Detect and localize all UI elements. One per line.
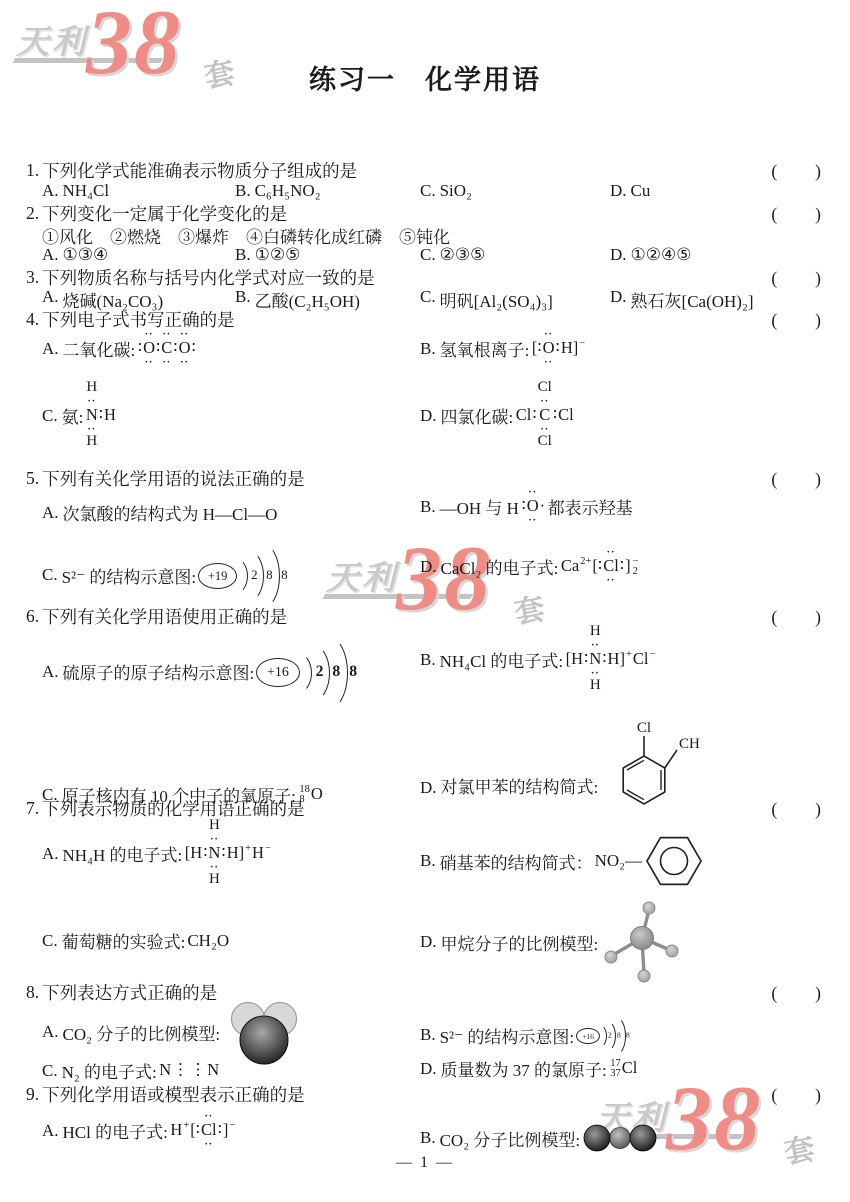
electron-formula: [∶··O··∶H]− bbox=[531, 330, 585, 367]
option-label: A. bbox=[42, 844, 59, 864]
shell-electron-count: 8 bbox=[349, 663, 357, 681]
question-number: 2. bbox=[26, 203, 39, 224]
option-label: B. bbox=[420, 1025, 436, 1045]
q4-option-b: B. 氢氧根离子: [∶··O··∶H]− bbox=[420, 330, 586, 367]
question-number: 1. bbox=[26, 160, 39, 181]
q5-option-a: A. 次氯酸的结构式为 H—Cl—O bbox=[42, 500, 277, 525]
lewis-token: Cl··C··Cl bbox=[538, 380, 552, 451]
lewis-token: ⋮ bbox=[190, 1061, 207, 1080]
option-text: —OH 与 H bbox=[440, 494, 519, 519]
option-text: CO₂ 分子比例模型: bbox=[440, 1126, 581, 1151]
option-label: A. bbox=[42, 1121, 59, 1141]
option-text: 硫原子的原子结构示意图: bbox=[63, 659, 255, 684]
watermark-underline bbox=[323, 594, 473, 599]
q7-option-d: D. 甲烷分子的比例模型: bbox=[420, 898, 684, 986]
option-label: D. bbox=[610, 245, 627, 265]
lewis-token: ··Cl·· bbox=[201, 1112, 217, 1149]
question-2-options: A.①③④ B.①②⑤ C.②③⑤ D.①②④⑤ bbox=[26, 245, 822, 265]
lewis-token: N bbox=[159, 1061, 171, 1080]
lewis-token: ∶ bbox=[521, 497, 525, 516]
option-label: C. bbox=[420, 245, 436, 265]
shell-electron-count: 8 bbox=[626, 1031, 630, 1040]
option-text: 对氯甲苯的结构简式: bbox=[441, 773, 599, 798]
q6-option-a: A. 硫原子的原子结构示意图: +16 2 8 8 bbox=[42, 636, 386, 708]
shell-electron-count: 2 bbox=[608, 1031, 612, 1040]
lewis-token: [H bbox=[566, 650, 583, 669]
q2-option-c: C.②③⑤ bbox=[420, 245, 610, 265]
methane-ball-stick-model bbox=[600, 898, 684, 986]
lewis-token: H]− bbox=[561, 339, 585, 358]
exam-page: 天利 38 套 天利 38 套 天利 38 套 练习一 化学用语 1. 下列化学… bbox=[0, 0, 850, 1202]
lewis-token: · bbox=[540, 497, 546, 516]
option-label: C. bbox=[42, 565, 58, 585]
lewis-token: ∶ bbox=[156, 339, 160, 358]
electron-formula: [H∶H··N··H∶H]+Cl− bbox=[565, 624, 656, 695]
q1-option-b: B.C₆H₅NO₂ bbox=[235, 181, 420, 201]
option-label: D. bbox=[610, 181, 627, 201]
option-text: 都表示羟基 bbox=[548, 494, 633, 519]
lewis-token: ∶ bbox=[221, 844, 225, 863]
ion-structure-diagram: +19 2 8 8 bbox=[198, 543, 314, 607]
answer-blank: ( ) bbox=[771, 604, 822, 629]
option-label: A. bbox=[42, 339, 59, 359]
q4-option-c: C. 氨: H··N··H∶H bbox=[42, 380, 116, 451]
lewis-token: H]+ bbox=[608, 650, 632, 669]
q9-option-a: A. HCl 的电子式: H+[∶··Cl··∶]− bbox=[42, 1112, 236, 1149]
q8-option-b: B. S²⁻ 的结构示意图: +16 2 8 8 bbox=[420, 1016, 646, 1054]
q6-option-b: B. NH₄Cl 的电子式: [H∶H··N··H∶H]+Cl− bbox=[420, 624, 656, 695]
lewis-token: ] bbox=[625, 557, 631, 576]
option-text: NH₄Cl 的电子式: bbox=[440, 647, 564, 672]
lewis-token: ∶ bbox=[218, 1121, 222, 1140]
option-label: D. bbox=[420, 1059, 437, 1079]
ion-structure-diagram: +16 2 8 8 bbox=[576, 1016, 646, 1054]
option-text: CO₂ 分子的比例模型: bbox=[63, 1020, 221, 1045]
answer-blank: ( ) bbox=[771, 466, 822, 491]
option-text: 氨: bbox=[62, 403, 84, 428]
electron-formula: ∶··O··∶··C··∶··O··∶ bbox=[137, 330, 196, 367]
electron-formula: N⋮⋮N bbox=[159, 1061, 220, 1080]
electron-formula: Cl∶Cl··C··Cl∶Cl bbox=[515, 380, 574, 451]
answer-blank: ( ) bbox=[771, 1082, 822, 1107]
lewis-token: ··O·· bbox=[143, 330, 155, 367]
lewis-token: [∶ bbox=[592, 557, 602, 576]
option-label: A. bbox=[42, 1022, 59, 1042]
lewis-token: ··O·· bbox=[543, 330, 555, 367]
atom-structure-diagram: +16 2 8 8 bbox=[256, 636, 386, 708]
option-label: C. bbox=[420, 181, 436, 201]
option-text: HCl 的电子式: bbox=[63, 1118, 168, 1143]
option-label: B. bbox=[420, 497, 436, 517]
option-text: Cu bbox=[631, 181, 651, 201]
q2-option-b: B.①②⑤ bbox=[235, 245, 420, 265]
electron-formula: Ca2+[∶··Cl··∶]−2 bbox=[560, 548, 639, 585]
lewis-token: [∶ bbox=[532, 339, 542, 358]
question-1-options: A.NH₄Cl B.C₆H₅NO₂ C.SiO₂ D.Cu bbox=[26, 181, 822, 201]
q7-option-b: B. 硝基苯的结构简式： NO₂— bbox=[420, 832, 704, 890]
q2-option-d: D.①②④⑤ bbox=[610, 245, 692, 265]
electron-formula: H··N··H∶H bbox=[85, 380, 116, 451]
option-text: 葡萄糖的实验式: bbox=[62, 928, 186, 953]
question-9-stem: 9. 下列化学用语或模型表示正确的是 ( ) bbox=[26, 1082, 822, 1107]
lewis-token: ]− bbox=[223, 1121, 235, 1140]
question-1-stem: 1. 下列化学式能准确表示物质分子组成的是 ( ) bbox=[26, 158, 822, 183]
q7-option-c: C. 葡萄糖的实验式: CH₂O bbox=[42, 928, 229, 953]
lewis-token: H··N··H bbox=[208, 818, 220, 889]
lewis-token: H··N··H bbox=[589, 624, 601, 695]
option-label: C. bbox=[42, 406, 58, 426]
lewis-token: ··Cl·· bbox=[603, 548, 619, 585]
lewis-token: −2 bbox=[632, 557, 639, 576]
option-label: A. bbox=[42, 662, 59, 682]
option-label: B. bbox=[420, 1128, 436, 1148]
lewis-token: ⋮ bbox=[172, 1061, 189, 1080]
lewis-token: [H bbox=[185, 844, 202, 863]
isotope-notation: 1737Cl bbox=[609, 1059, 638, 1078]
co2-space-filling-model-linear bbox=[582, 1122, 658, 1154]
option-label: A. bbox=[42, 245, 59, 265]
option-text: S²⁻ 的结构示意图: bbox=[440, 1023, 575, 1048]
substituent-label: CH₃ bbox=[679, 736, 700, 752]
option-label: D. bbox=[420, 406, 437, 426]
q1-option-c: C.SiO₂ bbox=[420, 181, 610, 201]
lewis-token: ∶ bbox=[192, 339, 196, 358]
answer-blank: ( ) bbox=[771, 980, 822, 1005]
page-number: — 1 — bbox=[0, 1154, 850, 1172]
option-text: SiO₂ bbox=[440, 181, 472, 201]
option-label: B. bbox=[420, 650, 436, 670]
q7-option-a: A. NH₄H 的电子式: [H∶H··N··H∶H]+H− bbox=[42, 818, 271, 889]
electron-shell-arc bbox=[308, 636, 348, 710]
lewis-token: H+ bbox=[170, 1121, 189, 1140]
option-label: D. bbox=[420, 557, 437, 577]
lewis-token: ··C·· bbox=[161, 330, 172, 367]
answer-blank: ( ) bbox=[771, 796, 822, 821]
option-text: ①②④⑤ bbox=[631, 245, 692, 265]
option-label: A. bbox=[42, 181, 59, 201]
option-text: CaCl₂ 的电子式: bbox=[441, 554, 559, 579]
option-text: 质量数为 37 的氯原子: bbox=[441, 1056, 607, 1081]
question-text: 下列有关化学用语使用正确的是 bbox=[42, 604, 287, 629]
lewis-token: H bbox=[104, 406, 116, 425]
lewis-token: ∶ bbox=[584, 650, 588, 669]
option-text: N₂ 的电子式: bbox=[62, 1058, 157, 1083]
shell-electron-count: 2 bbox=[251, 567, 258, 583]
lewis-token: ∶ bbox=[553, 406, 557, 425]
lewis-token: [∶ bbox=[190, 1121, 200, 1140]
shell-electron-count: 8 bbox=[332, 663, 340, 681]
option-text: 甲烷分子的比例模型: bbox=[441, 930, 599, 955]
co2-space-filling-model-bent bbox=[222, 998, 306, 1066]
option-label: B. bbox=[420, 851, 436, 871]
q5-option-b: B. —OH 与 H ∶··O··· 都表示羟基 bbox=[420, 488, 633, 525]
option-text: C₆H₅NO₂ bbox=[255, 181, 321, 201]
answer-blank: ( ) bbox=[771, 158, 822, 183]
substituent-label: Cl bbox=[637, 720, 651, 736]
question-text: 下列化学式能准确表示物质分子组成的是 bbox=[42, 158, 357, 183]
electron-formula: [H∶H··N··H∶H]+H− bbox=[184, 818, 271, 889]
page-title: 练习一 化学用语 bbox=[0, 58, 850, 97]
lewis-token: ∶ bbox=[138, 339, 142, 358]
q1-option-d: D.Cu bbox=[610, 181, 650, 201]
lewis-token: Ca2+ bbox=[561, 557, 592, 576]
option-text: ①③④ bbox=[63, 245, 109, 265]
q1-option-a: A.NH₄Cl bbox=[42, 181, 235, 201]
q8-option-c: C. N₂ 的电子式: N⋮⋮N bbox=[42, 1058, 220, 1083]
q5-option-c: C. S²⁻ 的结构示意图: +19 2 8 8 bbox=[42, 543, 314, 607]
option-label: C. bbox=[42, 1061, 58, 1081]
lewis-token: ∶ bbox=[203, 844, 207, 863]
nitro-group-formula: NO₂— bbox=[595, 851, 642, 871]
lewis-token: ∶ bbox=[602, 650, 606, 669]
lewis-token: Cl bbox=[558, 406, 574, 425]
option-text: 四氯化碳: bbox=[441, 403, 514, 428]
lewis-token: ∶ bbox=[99, 406, 103, 425]
lewis-token: Cl bbox=[622, 1059, 638, 1078]
option-text: 硝基苯的结构简式： bbox=[440, 849, 593, 874]
lewis-token: H− bbox=[252, 844, 271, 863]
question-number: 5. bbox=[26, 468, 39, 489]
option-text: ②③⑤ bbox=[440, 245, 486, 265]
benzene-ring bbox=[642, 832, 704, 890]
q9-option-b: B. CO₂ 分子比例模型: bbox=[420, 1122, 658, 1154]
q2-option-a: A.①③④ bbox=[42, 245, 235, 265]
shell-electron-count: 8 bbox=[266, 567, 273, 583]
option-text: ①②⑤ bbox=[255, 245, 301, 265]
q5-option-d: D. CaCl₂ 的电子式: Ca2+[∶··Cl··∶]−2 bbox=[420, 548, 639, 585]
option-label: B. bbox=[420, 339, 436, 359]
question-number: 3. bbox=[26, 267, 39, 288]
shell-electron-count: 2 bbox=[316, 663, 324, 681]
question-number: 6. bbox=[26, 606, 39, 627]
lewis-token: H]+ bbox=[227, 844, 251, 863]
empirical-formula: CH₂O bbox=[187, 931, 229, 951]
option-text: 氢氧根离子: bbox=[440, 336, 530, 361]
question-number: 7. bbox=[26, 798, 39, 819]
lewis-token: Cl bbox=[516, 406, 532, 425]
question-text: 下列电子式书写正确的是 bbox=[42, 307, 235, 332]
shell-electron-count: 8 bbox=[281, 567, 288, 583]
lewis-token: Cl− bbox=[633, 650, 656, 669]
option-text: NH₄H 的电子式: bbox=[63, 841, 183, 866]
option-label: B. bbox=[235, 181, 251, 201]
question-number: 4. bbox=[26, 309, 39, 330]
electron-formula: ∶··O··· bbox=[521, 488, 546, 525]
lewis-token: ∶ bbox=[173, 339, 177, 358]
option-label: D. bbox=[420, 778, 437, 798]
option-label: C. bbox=[42, 931, 58, 951]
option-label: B. bbox=[235, 245, 251, 265]
option-text: 次氯酸的结构式为 H—Cl—O bbox=[63, 500, 278, 525]
q4-option-d: D. 四氯化碳: Cl∶Cl··C··Cl∶Cl bbox=[420, 380, 574, 451]
lewis-token: ··O·· bbox=[527, 488, 539, 525]
watermark-text: 天利 bbox=[16, 16, 88, 63]
q4-option-a: A. 二氧化碳: ∶··O··∶··C··∶··O··∶ bbox=[42, 330, 196, 367]
question-text: 下列化学用语或模型表示正确的是 bbox=[42, 1082, 305, 1107]
shell-electron-count: 8 bbox=[617, 1031, 621, 1040]
question-text: 下列有关化学用语的说法正确的是 bbox=[42, 466, 305, 491]
lewis-token: ∶ bbox=[556, 339, 560, 358]
q8-option-a: A. CO₂ 分子的比例模型: bbox=[42, 998, 306, 1066]
lewis-token: H··N··H bbox=[86, 380, 98, 451]
option-text: 二氧化碳: bbox=[63, 336, 136, 361]
option-text: NH₄Cl bbox=[63, 181, 110, 201]
option-label: D. bbox=[420, 932, 437, 952]
option-text: S²⁻ 的结构示意图: bbox=[62, 563, 197, 588]
question-number: 8. bbox=[26, 982, 39, 1003]
question-number: 9. bbox=[26, 1084, 39, 1105]
watermark-text: 天利 bbox=[326, 552, 398, 599]
answer-blank: ( ) bbox=[771, 307, 822, 332]
lewis-token: ∶ bbox=[620, 557, 624, 576]
option-label: A. bbox=[42, 503, 59, 523]
lewis-token: ∶ bbox=[532, 406, 536, 425]
lewis-token: ··O·· bbox=[179, 330, 191, 367]
lewis-token: N bbox=[207, 1061, 219, 1080]
electron-shell-arc bbox=[244, 543, 280, 609]
q8-option-d: D. 质量数为 37 的氯原子: 1737Cl bbox=[420, 1056, 638, 1081]
lewis-token: 1737 bbox=[609, 1059, 621, 1078]
electron-formula: H+[∶··Cl··∶]− bbox=[170, 1112, 236, 1149]
